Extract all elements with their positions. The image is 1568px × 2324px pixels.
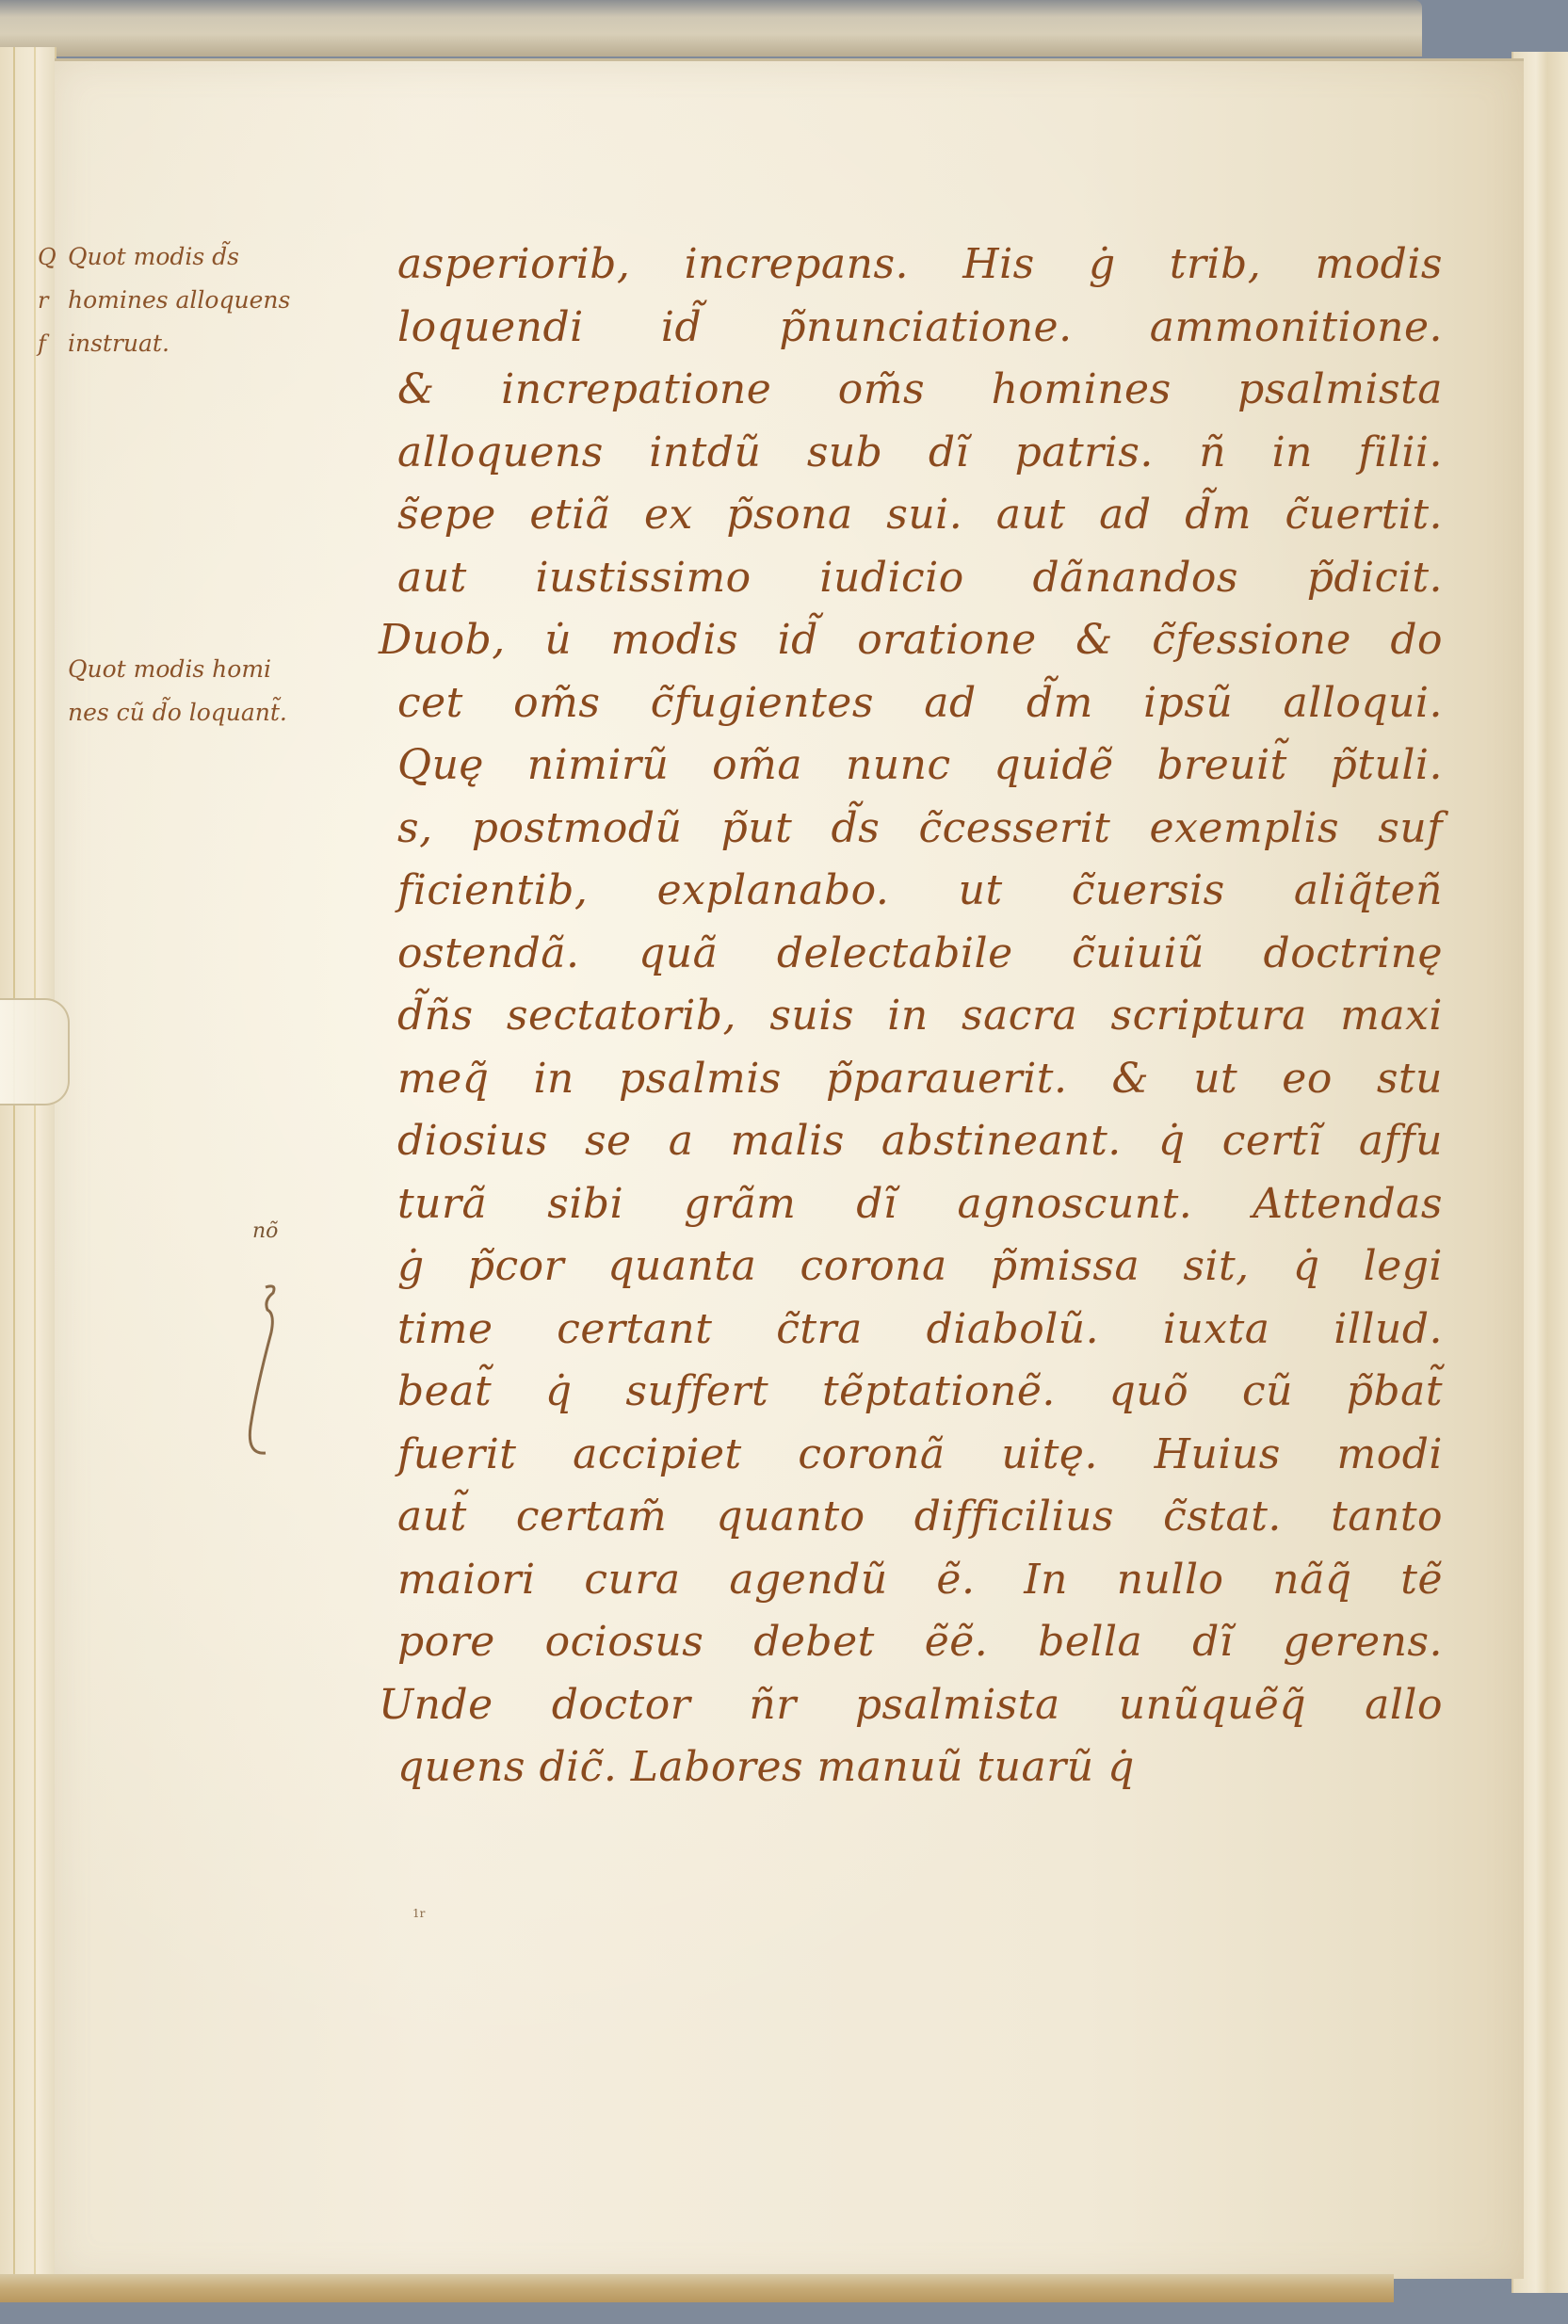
main-text-block: asperiorib, increpans. His ġ trib, modi… <box>397 234 1443 1799</box>
book-top-edge <box>0 0 1422 56</box>
margin-note-line: nes cũ d̃o loquant̃. <box>68 691 287 734</box>
page-clasp-tab <box>0 998 70 1106</box>
text-line: ficientib, explanabo. ut c̃uersis aliq̃t… <box>397 860 1443 923</box>
text-line: s, postmodũ p̃ut d̃s c̃cesserit exempli… <box>397 798 1443 861</box>
text-line: fuerit accipiet coronã uitę. Huius modi <box>397 1424 1443 1487</box>
cropped-letter: f <box>38 322 57 365</box>
text-line: beat̃ q̇ suffert tẽptationẽ. quõ cũ … <box>397 1361 1443 1424</box>
text-line: Duob, u̇ modis id̃ oratione & c̃fessione… <box>379 609 1443 672</box>
text-line: Quę nimirũ om̃a nunc quidẽ breuit̃ p̃t… <box>397 734 1443 798</box>
margin-note-line: instruat. <box>68 322 290 365</box>
margin-note-line: Quot modis homi <box>68 648 287 691</box>
text-line: & increpatione om̃s homines psalmista <box>397 359 1443 422</box>
text-line: s̃epe etiã ex p̃sona sui. aut ad d̃m c̃… <box>397 484 1443 547</box>
text-line: aut iustissimo iudicio dãnandos p̃dicit… <box>397 547 1443 610</box>
text-line: d̃ñs sectatorib, suis in sacra scriptur… <box>397 985 1443 1048</box>
text-line: meq̃ in psalmis p̃parauerit. & ut eo stu <box>397 1048 1443 1111</box>
margin-bracket-icon <box>237 1276 294 1464</box>
margin-note-2: Quot modis homi nes cũ d̃o loquant̃. <box>68 648 287 734</box>
text-line: loquendi id̃ p̃nunciatione. ammonitione. <box>397 297 1443 360</box>
left-page-stub <box>0 47 57 2288</box>
ruling-line <box>13 47 15 2288</box>
text-line: alloquens intdũ sub dĩ patris. ñ in f… <box>397 422 1443 485</box>
text-line: turã sibi grãm dĩ agnoscunt. Attendas <box>397 1173 1443 1236</box>
text-line: asperiorib, increpans. His ġ trib, modi… <box>397 234 1443 297</box>
text-line: aut̃ certam̃ quanto difficilius c̃stat. … <box>397 1486 1443 1549</box>
nota-mark: nõ <box>252 1219 278 1243</box>
cropped-letter: r <box>38 279 57 322</box>
text-line: pore ociosus debet ẽẽ. bella dĩ geren… <box>397 1611 1443 1674</box>
margin-note-1: Quot modis d̃s homines alloquens instrua… <box>68 235 290 365</box>
text-line: Unde doctor ñr psalmista unũquẽq̃ all… <box>379 1674 1443 1737</box>
margin-note-line: Quot modis d̃s <box>68 235 290 279</box>
ruling-line <box>34 47 36 2288</box>
cropped-letter: Q <box>38 235 57 279</box>
text-line: diosius se a malis abstineant. q̇ certĩ… <box>397 1110 1443 1173</box>
text-line: ġ p̃cor quanta corona p̃missa sit, q̇ l… <box>397 1235 1443 1299</box>
text-line: ostendã. quã delectabile c̃uiuiũ doct… <box>397 923 1443 986</box>
text-line: cet om̃s c̃fugientes ad d̃m ipsũ alloqu… <box>397 672 1443 735</box>
book-bottom-edge <box>0 2274 1394 2302</box>
text-line: quens dic̃. Labores manuũ tuarũ q̇ <box>397 1736 1443 1799</box>
text-line: time certant c̃tra diabolũ. iuxta illud… <box>397 1299 1443 1362</box>
margin-note-line: homines alloquens <box>68 279 290 322</box>
cropped-margin-letters: Q r f <box>38 235 57 365</box>
catchmark: 1r <box>412 1907 425 1920</box>
text-line: maiori cura agendũ ẽ. In nullo nãq̃ t… <box>397 1549 1443 1612</box>
